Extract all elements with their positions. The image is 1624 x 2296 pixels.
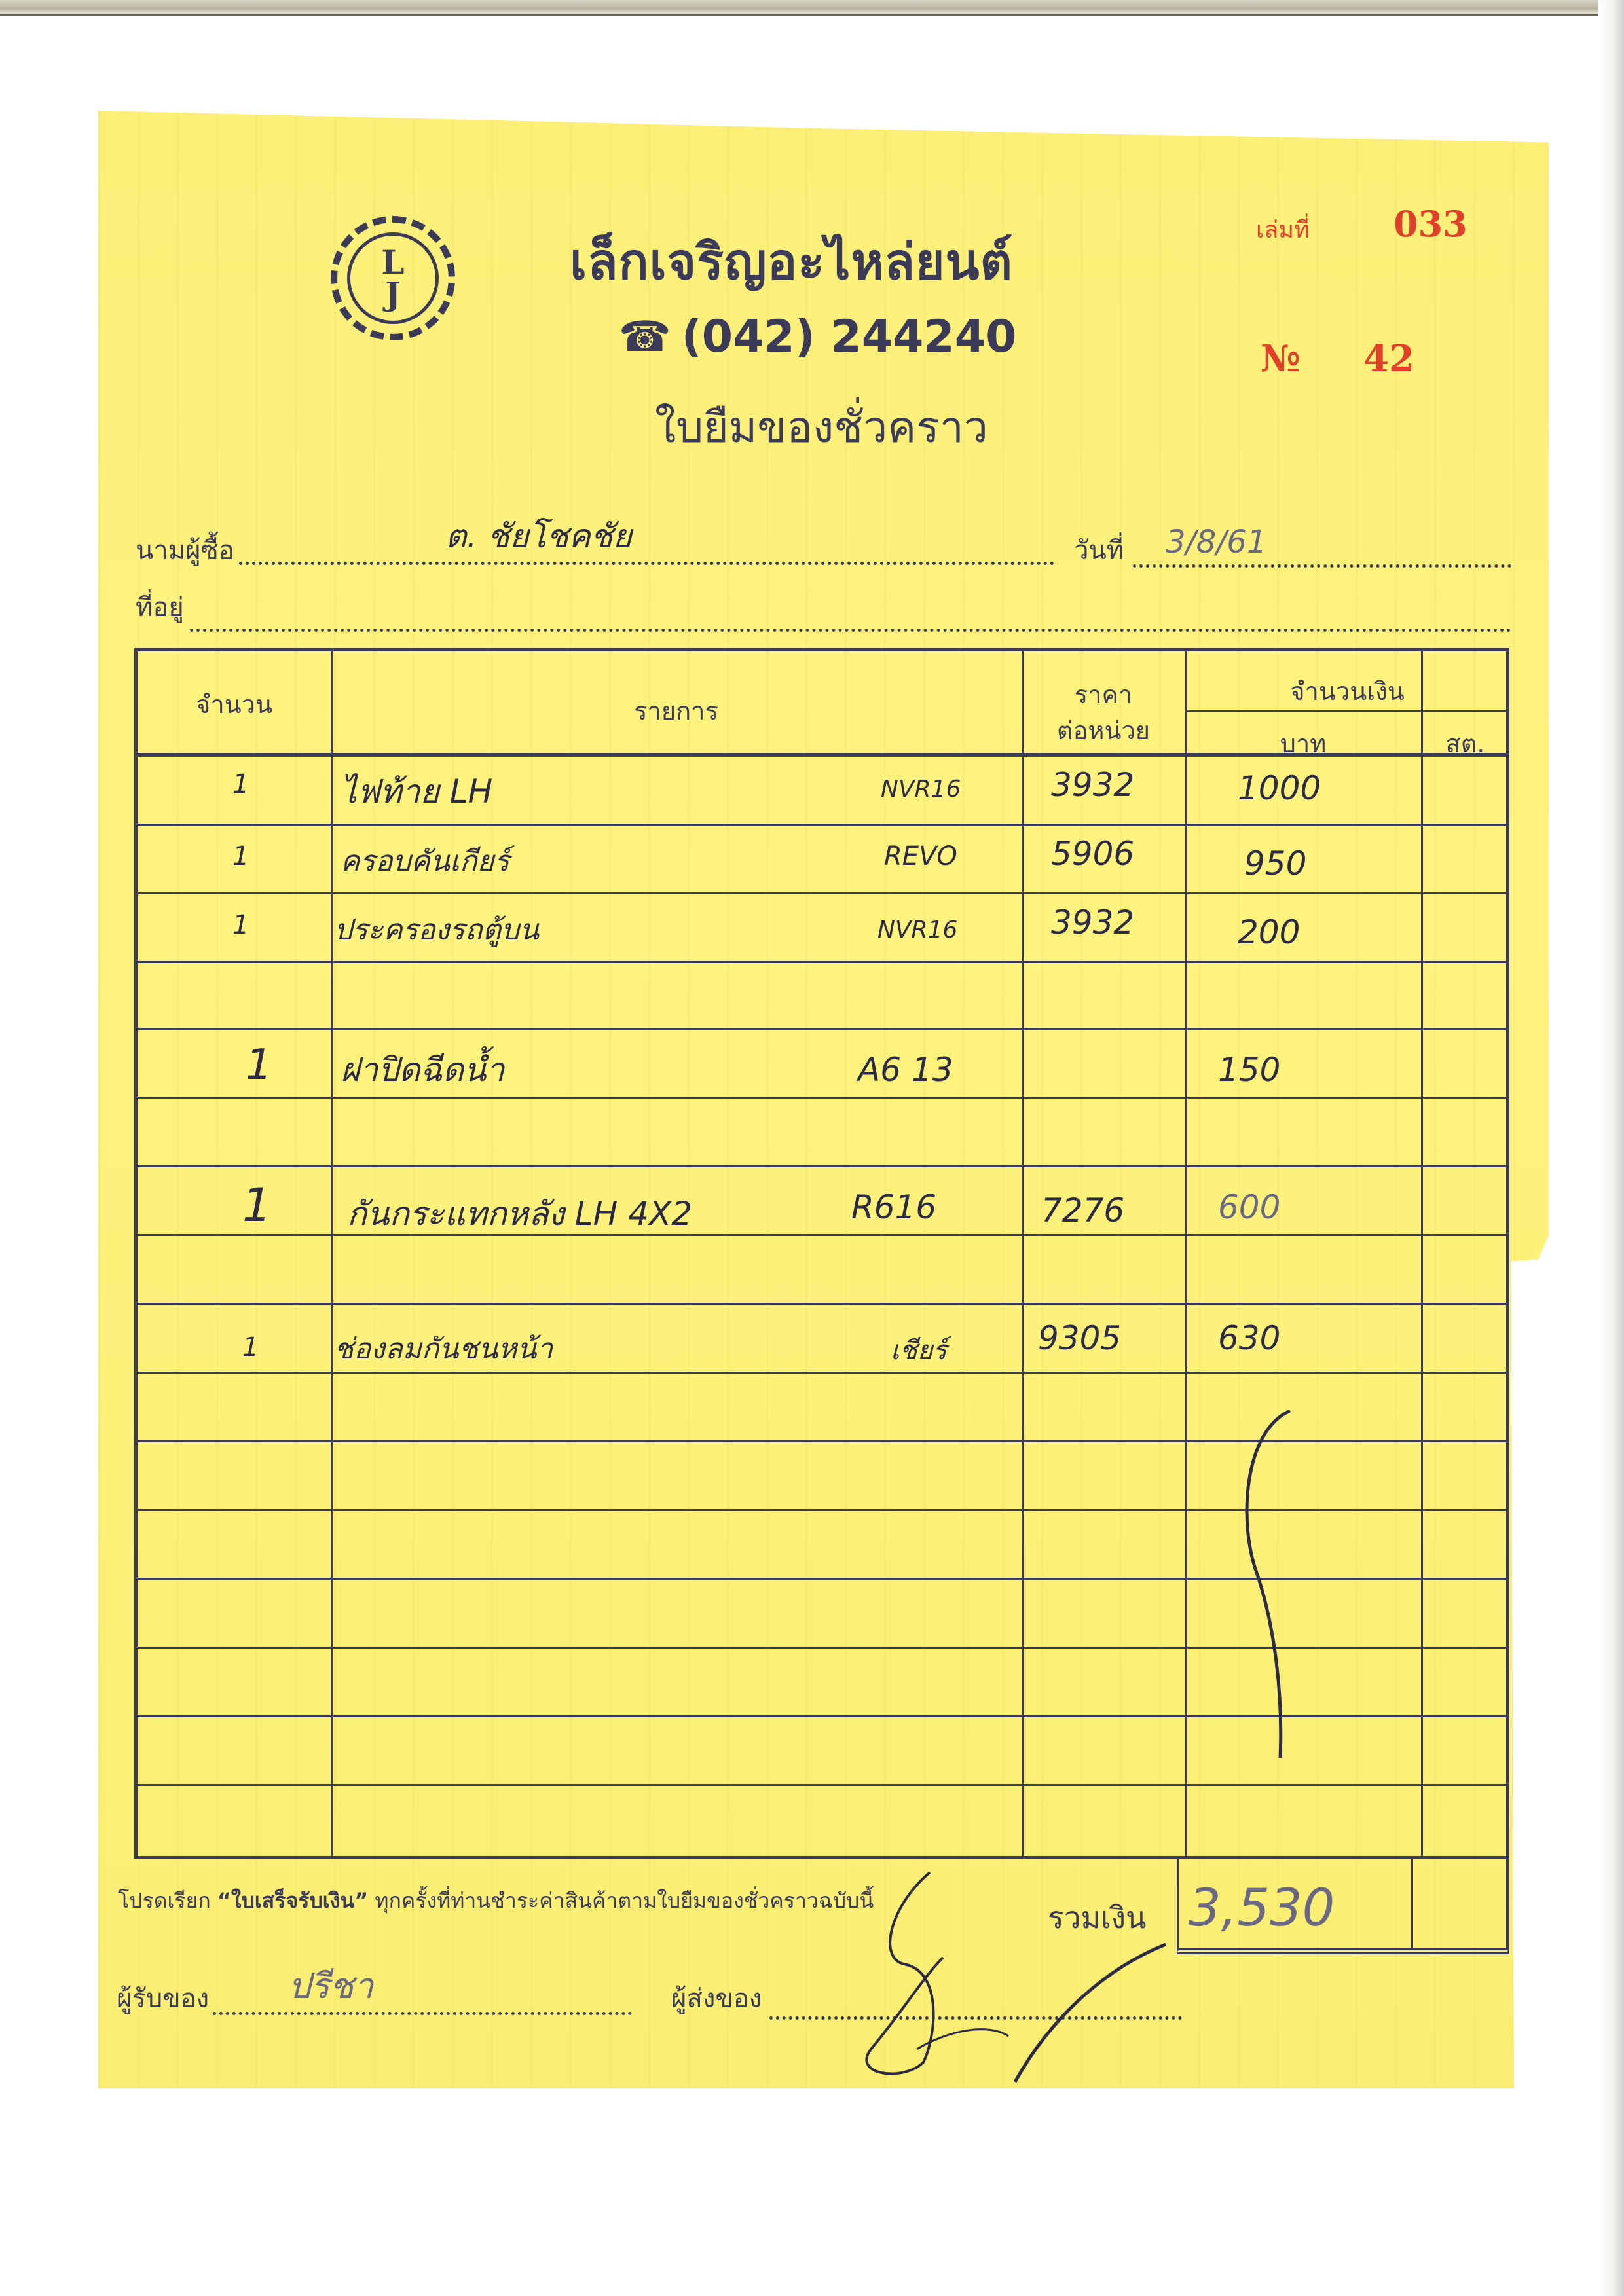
- row-5-code[interactable]: A6 13: [858, 1051, 953, 1089]
- row-7-qty[interactable]: 1: [242, 1178, 272, 1232]
- scanner-side-edge: [1598, 0, 1624, 2296]
- row-1-unit-price[interactable]: 3932: [1051, 766, 1134, 804]
- row-1-item[interactable]: ไฟท้าย LH: [341, 766, 492, 818]
- col-quantity-header: จำนวน: [138, 684, 331, 724]
- row-7-item[interactable]: กันกระแทกหลัง LH 4X2: [347, 1188, 692, 1240]
- logo-letter-l: L: [381, 247, 404, 278]
- row-2-code[interactable]: REVO: [884, 841, 957, 871]
- total-satang-divider: [1411, 1856, 1413, 1949]
- buyer-dotted-line: [239, 562, 1054, 565]
- amount-subheader-divider: [1185, 710, 1506, 712]
- row-divider: [138, 824, 1506, 826]
- row-7-code[interactable]: R616: [851, 1188, 936, 1226]
- gear-logo-icon: L J: [331, 216, 455, 340]
- row-divider: [138, 1372, 1506, 1374]
- row-divider: [138, 1234, 1506, 1236]
- row-2-unit-price[interactable]: 5906: [1051, 835, 1134, 873]
- row-2-item[interactable]: ครอบคันเกียร์: [341, 838, 509, 884]
- row-1-qty[interactable]: 1: [232, 769, 249, 799]
- scanner-edge: [0, 0, 1624, 16]
- book-number: 033: [1393, 203, 1467, 245]
- phone-number: (042) 244240: [682, 311, 1017, 363]
- row-divider: [138, 892, 1506, 894]
- buyer-label: นามผู้ซื้อ: [136, 529, 234, 571]
- telephone-icon: ☎: [619, 313, 671, 361]
- receipt-notice: โปรดเรียก “ใบเสร็จรับเงิน” ทุกครั้งที่ท่…: [118, 1884, 874, 1918]
- date-dotted-line: [1133, 564, 1511, 568]
- number-label: №: [1261, 337, 1301, 380]
- date-label: วันที่: [1074, 529, 1124, 571]
- total-value[interactable]: 3,530: [1189, 1879, 1335, 1938]
- row-divider: [138, 1165, 1506, 1167]
- col-unit-price-header-line2: ต่อหน่วย: [1022, 710, 1185, 750]
- date-value[interactable]: 3/8/61: [1166, 524, 1267, 560]
- row-divider: [138, 1097, 1506, 1099]
- receiver-dotted-line: [213, 2012, 632, 2015]
- row-5-item[interactable]: ฝาปิดฉีดน้ำ: [341, 1044, 504, 1096]
- col-baht-header: บาท: [1185, 723, 1421, 763]
- book-label: เล่มที่: [1256, 211, 1310, 248]
- row-1-code[interactable]: NVR16: [881, 776, 961, 803]
- address-dotted-line: [190, 629, 1511, 632]
- row-5-baht[interactable]: 150: [1218, 1051, 1280, 1089]
- items-table: จำนวน รายการ ราคา ต่อหน่วย จำนวนเงิน บาท…: [134, 648, 1509, 1859]
- document-title: ใบยืมของชั่วคราว: [655, 393, 988, 462]
- receiver-signature[interactable]: ปรีชา: [288, 1958, 373, 2014]
- receipt-number: 42: [1363, 337, 1414, 380]
- row-3-qty[interactable]: 1: [232, 910, 249, 940]
- col-amount-header: จำนวนเงิน: [1185, 671, 1509, 711]
- col-unit-price-header-line1: ราคา: [1022, 674, 1185, 714]
- buyer-value[interactable]: ต. ชัยโชคชัย: [445, 511, 632, 562]
- col-description-header: รายการ: [331, 691, 1022, 731]
- column-divider: [1421, 651, 1423, 1856]
- logo-letter-j: J: [385, 278, 401, 310]
- row-3-item[interactable]: ประครองรถตู้บน: [334, 907, 539, 953]
- sender-label: ผู้ส่งของ: [671, 1977, 762, 2019]
- row-9-qty[interactable]: 1: [242, 1332, 259, 1362]
- row-2-baht[interactable]: 950: [1244, 845, 1306, 883]
- row-9-item[interactable]: ช่องลมกันชนหน้า: [334, 1326, 553, 1372]
- shop-name: เล็กเจริญอะไหล่ยนต์: [570, 223, 1013, 301]
- row-9-unit-price[interactable]: 9305: [1038, 1319, 1121, 1357]
- row-9-baht[interactable]: 630: [1218, 1319, 1280, 1357]
- row-2-qty[interactable]: 1: [232, 841, 249, 871]
- row-9-code[interactable]: เชียร์: [891, 1329, 947, 1371]
- header-bottom-border: [138, 753, 1506, 757]
- row-5-qty[interactable]: 1: [246, 1041, 272, 1089]
- row-7-unit-price[interactable]: 7276: [1041, 1192, 1124, 1230]
- column-divider: [331, 651, 333, 1856]
- row-1-baht[interactable]: 1000: [1238, 769, 1321, 807]
- col-satang-header: สต.: [1421, 723, 1509, 763]
- row-divider: [138, 1784, 1506, 1786]
- row-divider: [138, 1303, 1506, 1305]
- row-3-unit-price[interactable]: 3932: [1051, 903, 1134, 941]
- row-7-baht[interactable]: 600: [1218, 1188, 1280, 1226]
- row-3-baht[interactable]: 200: [1238, 913, 1300, 951]
- sender-signature-icon[interactable]: [773, 1866, 1179, 2088]
- notice-bold: “ใบเสร็จรับเงิน”: [217, 1888, 368, 1913]
- row-3-code[interactable]: NVR16: [877, 917, 957, 943]
- address-label: ที่อยู่: [136, 586, 184, 628]
- receiver-label: ผู้รับของ: [117, 1977, 209, 2019]
- column-divider: [1185, 651, 1187, 1856]
- brace-mark-icon: [1231, 1404, 1310, 1771]
- column-divider: [1022, 651, 1024, 1856]
- row-divider: [138, 961, 1506, 963]
- notice-prefix: โปรดเรียก: [118, 1888, 211, 1913]
- phone-line: ☎ (042) 244240: [619, 311, 1016, 363]
- row-divider: [138, 1028, 1506, 1030]
